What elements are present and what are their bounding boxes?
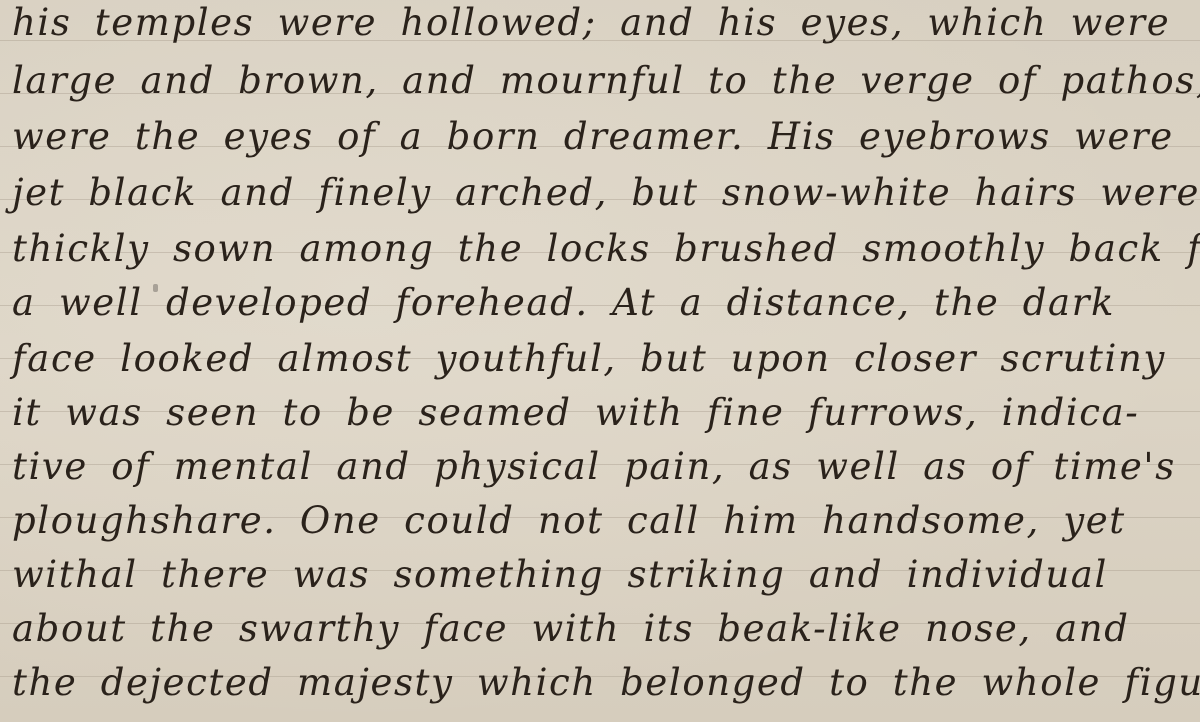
manuscript-page: his temples were hollowed; and his eyes,… [0,0,1200,722]
text-line-5: thickly sown among the locks brushed smo… [12,230,1200,267]
text-line-6: a well developed forehead. At a distance… [12,284,1200,321]
text-line-4: jet black and finely arched, but snow-wh… [12,174,1200,211]
ink-smudge [153,284,158,292]
text-line-1: his temples were hollowed; and his eyes,… [12,4,1200,41]
text-line-3: were the eyes of a born dreamer. His eye… [12,118,1200,155]
text-line-9: tive of mental and physical pain, as wel… [12,448,1200,485]
text-line-8: it was seen to be seamed with fine furro… [12,394,1200,431]
text-line-11: withal there was something striking and … [12,556,1200,593]
text-line-13: the dejected majesty which belonged to t… [12,664,1200,701]
text-line-12: about the swarthy face with its beak-lik… [12,610,1200,647]
text-line-2: large and brown, and mournful to the ver… [12,62,1200,99]
text-line-10: ploughshare. One could not call him hand… [12,502,1200,539]
text-line-7: face looked almost youthful, but upon cl… [12,340,1200,377]
